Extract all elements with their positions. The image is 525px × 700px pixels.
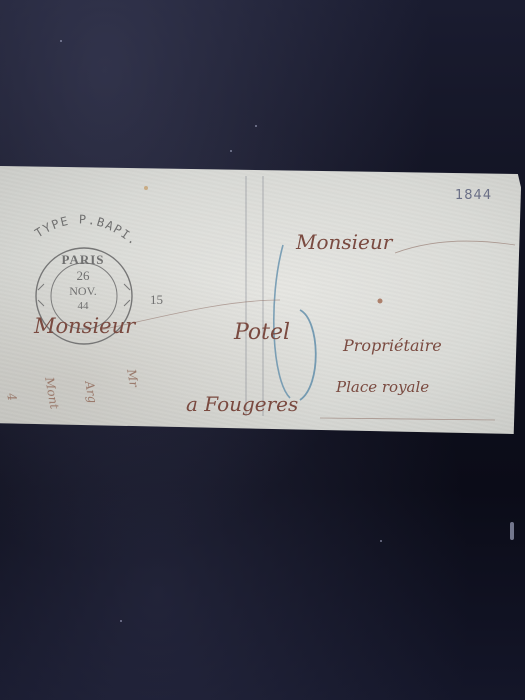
address-line-2: Monsieur [34,314,135,338]
fold-line [262,176,264,416]
background-speck [60,40,62,42]
postmark-city: PARIS [33,252,133,268]
background-speck [255,125,257,127]
faded-writing: Mr [124,368,141,388]
year-annotation: 1844 [455,188,492,203]
photo-scene: 1844 TYPE P.BAPI. PARIS 26 NOV. 44 15 Mo… [0,0,525,700]
background-speck [230,150,232,152]
address-street: Place royale [336,378,429,396]
fold-line [245,176,247,416]
address-line-1: Monsieur [296,230,392,254]
address-recipient-name: Potel [234,320,290,345]
rate-mark: 15 [150,292,163,308]
postmark-year: 44 [33,300,133,312]
background-lint [510,522,514,540]
address-title: Propriétaire [343,336,442,355]
postmark-month: NOV. [33,284,133,299]
background-speck [120,620,122,622]
postmark-day: 26 [33,268,133,284]
background-speck [380,540,382,542]
address-city: a Fougeres [186,392,298,416]
